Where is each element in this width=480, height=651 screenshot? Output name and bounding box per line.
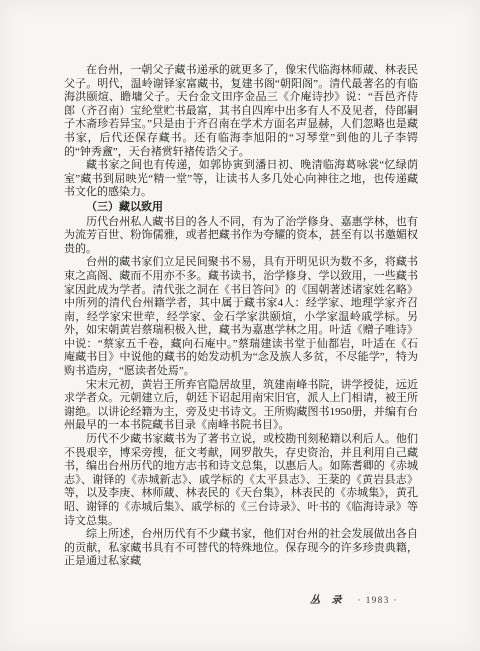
paragraph: 综上所述，台州历代有不少藏书家，他们对台州的社会发展做出各自的贡献，私家藏书具有… [64, 528, 418, 569]
paragraph: 藏书家之间也有传递，如郭协寅到潘日初、晚清临海葛咏裳“忆绿荫室”藏书到屈映光“精… [64, 159, 418, 200]
page-text-block: 在台州，一朝父子藏书递承的就更多了，像宋代临海林师蒧、林表民父子。明代，温岭谢铎… [64, 64, 418, 569]
page-number: · 1983 · [358, 595, 399, 605]
book-page: 在台州，一朝父子藏书递承的就更多了，像宋代临海林师蒧、林表民父子。明代，温岭谢铎… [0, 0, 480, 651]
running-title: 丛 录 [310, 591, 342, 606]
paragraph: 历代不少藏书家藏书为了著书立说，或校勘刊刻秘籍以利后人。他们不畏艰辛，博采旁搜，… [64, 433, 418, 528]
paragraph: 在台州，一朝父子藏书递承的就更多了，像宋代临海林师蒧、林表民父子。明代，温岭谢铎… [64, 64, 418, 159]
paragraph: 宋末元初，黄岩王所弃官隐居故里，筑建南峰书院，讲学授徒，远近求学者众。元朝建立后… [64, 379, 418, 433]
page-footer: 丛 录 · 1983 · [310, 591, 398, 606]
paragraph: 历代台州私人藏书目的各人不同，有为了治学修身、嘉惠学林，也有为流芳百世、粉饰儒雅… [64, 216, 418, 257]
section-heading: （三）藏以致用 [64, 201, 418, 215]
paragraph: 台州的藏书家们立足民间聚书不易，具有开明见识为数不多，将藏书束之高阁、藏而不用亦… [64, 256, 418, 378]
